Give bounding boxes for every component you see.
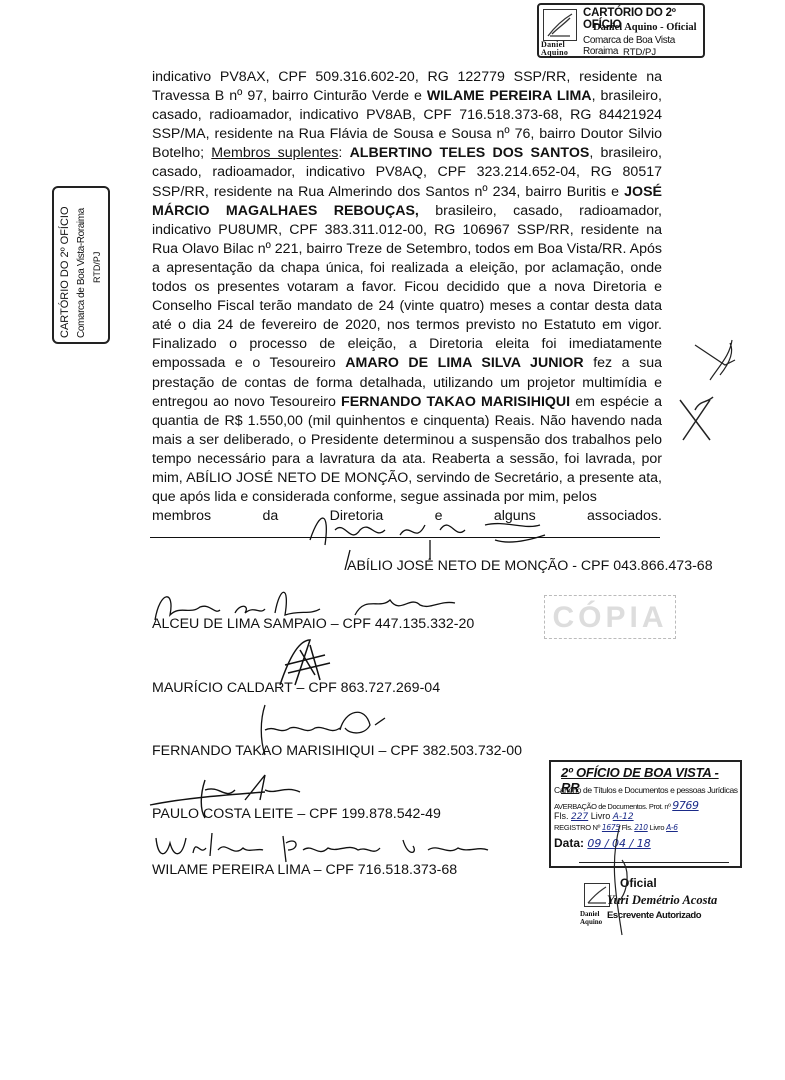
logo-name: DanielAquino bbox=[541, 41, 568, 57]
signature-wilame-scribble bbox=[148, 828, 508, 866]
protocol-number: 9769 bbox=[672, 799, 698, 812]
initial-mark-1 bbox=[690, 335, 740, 390]
document-page: DanielAquino CARTÓRIO DO 2º OFÍCIO Danie… bbox=[0, 0, 785, 1080]
bold-name: FERNANDO TAKAO MARISIHIQUI bbox=[341, 394, 570, 410]
quill-logo-icon bbox=[543, 9, 577, 41]
notary-stamp-left: CARTÓRIO DO 2º OFÍCIO Comarca de Boa Vis… bbox=[52, 186, 110, 344]
officer-signature-scribble bbox=[600, 820, 640, 940]
signatory-fernando: FERNANDO TAKAO MARISIHIQUI – CPF 382.503… bbox=[152, 743, 522, 759]
stamp-left-district: Comarca de Boa Vista-Roraima bbox=[76, 208, 87, 338]
signatory-alceu: ALCEU DE LIMA SAMPAIO – CPF 447.135.332-… bbox=[152, 616, 474, 632]
registration-stamp: 2º OFÍCIO DE BOA VISTA - RR Cartório de … bbox=[549, 760, 742, 868]
fls-value: 227 bbox=[571, 812, 588, 822]
last-line-word: associados. bbox=[587, 507, 662, 526]
registro-livro-value: A-6 bbox=[666, 823, 678, 832]
copy-stamp: CÓPIA bbox=[544, 595, 676, 639]
minutes-body: indicativo PV8AX, CPF 509.316.602-20, RG… bbox=[152, 68, 662, 526]
minutes-paragraph: indicativo PV8AX, CPF 509.316.602-20, RG… bbox=[152, 68, 662, 507]
stamp-registry: RTD/PJ bbox=[623, 47, 656, 58]
last-line-word: membros bbox=[152, 507, 211, 526]
bold-name: AMARO DE LIMA SILVA JUNIOR bbox=[345, 355, 583, 371]
registration-subtitle: Cartório de Títulos e Documentos e pesso… bbox=[554, 785, 738, 795]
bold-name: WILAME PEREIRA LIMA bbox=[427, 88, 592, 104]
signatory-wilame: WILAME PEREIRA LIMA – CPF 716.518.373-68 bbox=[152, 862, 457, 878]
stamp-officer: Daniel Aquino - Oficial bbox=[593, 22, 697, 33]
stamp-left-title: CARTÓRIO DO 2º OFÍCIO bbox=[59, 206, 71, 338]
signatory-mauricio: MAURÍCIO CALDART – CPF 863.727.269-04 bbox=[152, 680, 440, 696]
signatory-abilio: ABÍLIO JOSÉ NETO DE MONÇÃO - CPF 043.866… bbox=[347, 558, 713, 574]
underlined-heading: Membros suplentes bbox=[211, 145, 338, 161]
last-line-word: da bbox=[263, 507, 279, 526]
stamp-left-registry: RTD/PJ bbox=[92, 252, 102, 283]
initial-mark-2 bbox=[675, 395, 725, 450]
signatory-paulo: PAULO COSTA LEITE – CPF 199.878.542-49 bbox=[152, 806, 441, 822]
notary-stamp-top: DanielAquino CARTÓRIO DO 2º OFÍCIO Danie… bbox=[537, 3, 705, 58]
logo-small-name: DanielAquino bbox=[580, 910, 602, 926]
bold-name: ALBERTINO TELES DOS SANTOS bbox=[350, 145, 590, 161]
